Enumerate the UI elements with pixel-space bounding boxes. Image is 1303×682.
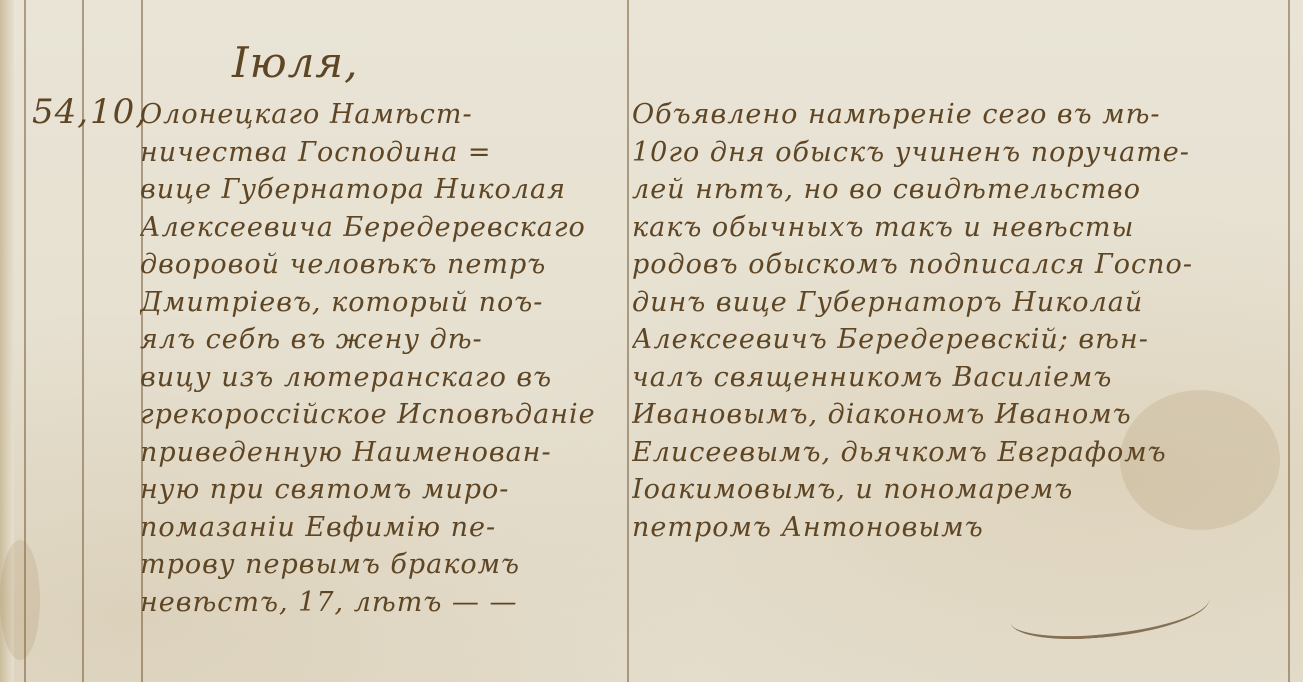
month-heading: Іюля, [232,38,358,87]
left-text-column: Олонецкаго Намѣст- ничества Господина = … [140,96,630,621]
entry-number: 54, [32,92,89,132]
text-line: трову первымъ бракомъ [140,546,630,584]
text-line: Алексеевичъ Бередеревскій; вѣн- [632,321,1282,359]
text-line: вице Губернатора Николая [140,171,630,209]
text-line: динъ вице Губернаторъ Николай [632,284,1282,322]
entry-day: 10, [90,92,147,132]
text-line: 10го дня обыскъ учиненъ поручате- [632,134,1282,172]
text-line: лей нѣтъ, но во свидѣтельство [632,171,1282,209]
text-line: Объявлено намѣреніе сего въ мѣ- [632,96,1282,134]
text-line: помазаніи Евфимію пе- [140,509,630,547]
text-line: петромъ Антоновымъ [632,509,1282,547]
register-page: 54, 10, Іюля, Олонецкаго Намѣст- ничеств… [0,0,1303,682]
right-text-column: Объявлено намѣреніе сего въ мѣ- 10го дня… [632,96,1282,546]
text-line: родовъ обыскомъ подписался Госпо- [632,246,1282,284]
paper-stain [0,540,40,660]
text-line: ную при святомъ миро- [140,471,630,509]
text-line: приведенную Наименован- [140,434,630,472]
text-line: дворовой человѣкъ петръ [140,246,630,284]
text-line: Алексеевича Бередеревскаго [140,209,630,247]
text-line: какъ обычныхъ такъ и невѣсты [632,209,1282,247]
column-rule-5 [1288,0,1290,682]
text-line: Ивановымъ, діакономъ Иваномъ [632,396,1282,434]
text-line: ничества Господина = [140,134,630,172]
text-line: Елисеевымъ, дьячкомъ Евграфомъ [632,434,1282,472]
text-line: ялъ себѣ въ жену дѣ- [140,321,630,359]
text-line: Іоакимовымъ, и пономаремъ [632,471,1282,509]
text-line: грекороссійское Исповѣданіе [140,396,630,434]
text-line: вицу изъ лютеранскаго въ [140,359,630,397]
text-line: Дмитріевъ, который поъ- [140,284,630,322]
text-line: невѣстъ, 17, лѣтъ — — [140,584,630,622]
text-line: чалъ священникомъ Василіемъ [632,359,1282,397]
text-line: Олонецкаго Намѣст- [140,96,630,134]
signature-flourish [1008,577,1211,644]
